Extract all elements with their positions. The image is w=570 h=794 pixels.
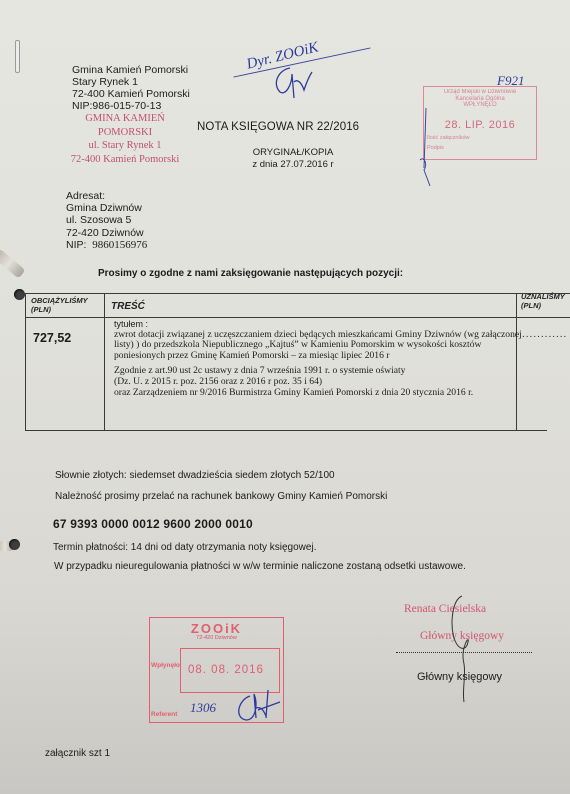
charged-amount: 727,52: [33, 331, 71, 345]
table-border: [104, 293, 105, 431]
nip-value: 9860156976: [92, 239, 147, 251]
header-recognized-unit: (PLN): [521, 301, 565, 310]
header-charged: OBCIĄŻYLIŚMY (PLN): [31, 296, 88, 314]
nip-label: NIP:: [66, 239, 86, 251]
header-charged-unit: (PLN): [31, 305, 88, 314]
copy-type: ORYGINAŁ/KOPIA: [238, 147, 348, 159]
header-content: TREŚĆ: [111, 301, 145, 312]
addressee-nip: NIP: 9860156976: [66, 239, 147, 251]
legal-basis-line: (Dz. U. z 2015 r. poz. 2156 oraz z 2016 …: [114, 377, 534, 388]
addressee-label: Adresat:: [66, 190, 147, 202]
incoming-stamp-received-label: Wpłynęło: [151, 662, 180, 669]
table-border: [25, 317, 570, 318]
sender-stamp: GMINA KAMIEŃ POMORSKI ul. Stary Rynek 1 …: [60, 112, 190, 166]
handwritten-reference-number: 1306: [190, 700, 216, 716]
incoming-stamp-date: 08. 08. 2016: [188, 664, 264, 676]
request-text: Prosimy o zgodne z nami zaksięgowanie na…: [98, 268, 403, 279]
addressee-line: 72-420 Dziwnów: [66, 227, 147, 239]
binder-slot: [15, 40, 20, 73]
sender-line: Gmina Kamień Pomorski: [72, 64, 190, 76]
payment-term: Termin płatności: 14 dni od daty otrzyma…: [53, 542, 316, 553]
referent-signature-icon: [232, 688, 284, 726]
sender-nip: NIP:986-015-70-13: [72, 100, 190, 112]
amount-in-words: Słownie złotych: siedemset dwadzieścia s…: [55, 470, 335, 481]
document-copy-date: ORYGINAŁ/KOPIA z dnia 27.07.2016 r: [238, 147, 348, 170]
signature-scribble-icon: [268, 62, 318, 102]
incoming-stamp-referent-label: Referent: [151, 711, 177, 718]
pen-stroke-icon: [418, 108, 438, 188]
incoming-stamp-city: 72-420 Dziwnów: [150, 635, 283, 641]
row-description: tytułem : zwrot dotacji związanej z uczę…: [114, 319, 534, 398]
table-border: [25, 293, 26, 431]
incoming-stamp-date-box: 08. 08. 2016: [180, 648, 280, 693]
legal-basis-line: oraz Zarządzeniem nr 9/2016 Burmistrza G…: [114, 388, 534, 399]
addressee-line: Gmina Dziwnów: [66, 202, 147, 214]
legal-basis: Zgodnie z art.90 ust 2c ustawy z dnia 7 …: [114, 366, 534, 398]
sender-stamp-line: ul. Stary Rynek 1: [60, 139, 190, 153]
addressee-block: Adresat: Gmina Dziwnów ul. Szosowa 5 72-…: [66, 190, 147, 251]
positions-table: OBCIĄŻYLIŚMY (PLN) TREŚĆ UZNALIŚMY (PLN)…: [25, 293, 570, 431]
issue-date: z dnia 27.07.2016 r: [238, 159, 348, 171]
description-lead: tytułem :: [114, 319, 534, 330]
received-stamp-date: 28. LIP. 2016: [424, 119, 536, 131]
binder-hole-top: [14, 289, 25, 300]
sender-stamp-line: GMINA KAMIEŃ POMORSKI: [60, 112, 190, 139]
header-charged-label: OBCIĄŻYLIŚMY: [31, 296, 88, 305]
transfer-instruction: Należność prosimy przelać na rachunek ba…: [55, 491, 387, 502]
binder-hole-bottom: [9, 539, 20, 550]
sender-line: 72-400 Kamień Pomorski: [72, 88, 190, 100]
table-border: [25, 293, 570, 294]
penalty-notice: W przypadku nieuregulowania płatności w …: [54, 561, 466, 572]
recognized-amount: ............: [522, 329, 567, 340]
header-recognized: UZNALIŚMY (PLN): [521, 292, 565, 310]
incoming-stamp-name: ZOOiK: [150, 621, 283, 636]
binder-clip-top: [0, 248, 26, 278]
description-text: zwrot dotacji związanej z uczęszczaniem …: [114, 330, 534, 362]
document-title: NOTA KSIĘGOWA NR 22/2016: [197, 121, 359, 133]
received-stamp-header: Urząd Miejski w Dziwnowie Kancelaria Ogó…: [424, 89, 536, 109]
addressee-line: ul. Szosowa 5: [66, 214, 147, 226]
sender-line: Stary Rynek 1: [72, 76, 190, 88]
attachment-count: załącznik szt 1: [45, 748, 110, 759]
handwritten-signature-icon: [448, 594, 478, 704]
sender-stamp-line: 72-400 Kamień Pomorski: [60, 153, 190, 167]
stamp-header-line: WPŁYNĘŁO: [424, 102, 536, 109]
bank-account-number: 67 9393 0000 0012 9600 2000 0010: [53, 517, 253, 531]
header-recognized-label: UZNALIŚMY: [521, 292, 565, 301]
received-stamp: Urząd Miejski w Dziwnowie Kancelaria Ogó…: [423, 86, 537, 160]
sender-block: Gmina Kamień Pomorski Stary Rynek 1 72-4…: [72, 64, 190, 112]
